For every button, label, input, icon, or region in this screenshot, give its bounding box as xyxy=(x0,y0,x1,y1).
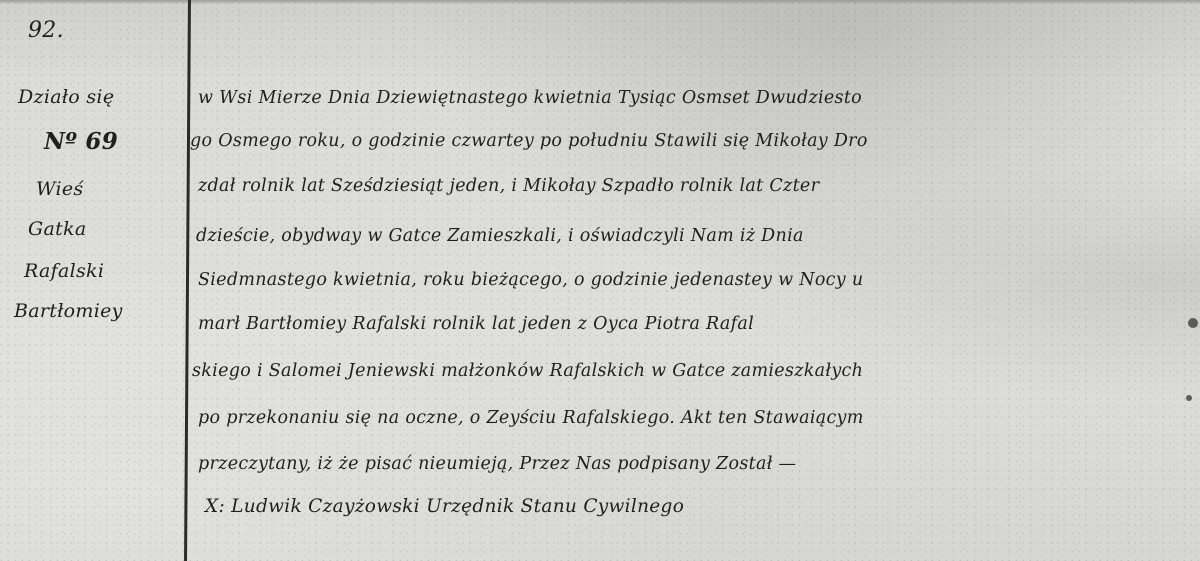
margin-note-given-name: Bartłomiey xyxy=(14,300,123,322)
body-line: po przekonaniu się na oczne, o Zeyściu R… xyxy=(198,408,864,428)
register-page: 92. Działo się Nº 69 Wieś Gatka Rafalski… xyxy=(0,0,1200,561)
margin-rule-line xyxy=(184,0,191,561)
body-line: skiego i Salomei Jeniewski małżonków Raf… xyxy=(192,361,863,381)
body-line: przeczytany, iż że pisać nieumieją, Prze… xyxy=(198,454,796,474)
body-line: go Osmego roku, o godzinie czwartey po p… xyxy=(190,131,868,151)
margin-note-entry-number: Nº 69 xyxy=(44,128,118,155)
ink-blot xyxy=(1188,318,1198,328)
page-number: 92. xyxy=(28,18,64,43)
margin-note-village: Gatka xyxy=(28,218,86,240)
body-line: w Wsi Mierze Dnia Dziewiętnastego kwietn… xyxy=(198,88,862,108)
official-signature: X: Ludwik Czayżowski Urzędnik Stanu Cywi… xyxy=(205,496,684,517)
page-top-edge xyxy=(0,0,1200,4)
body-line: dzieście, obydway w Gatce Zamieszkali, i… xyxy=(196,226,804,246)
ink-blot xyxy=(1186,395,1192,401)
margin-note-line: Wieś xyxy=(36,178,83,200)
body-line: Siedmnastego kwietnia, roku bieżącego, o… xyxy=(198,270,863,290)
margin-note-line: Działo się xyxy=(18,86,114,108)
margin-note-surname: Rafalski xyxy=(24,260,104,282)
body-line: marł Bartłomiey Rafalski rolnik lat jede… xyxy=(198,314,754,334)
body-line: zdał rolnik lat Sześdziesiąt jeden, i Mi… xyxy=(198,176,819,196)
